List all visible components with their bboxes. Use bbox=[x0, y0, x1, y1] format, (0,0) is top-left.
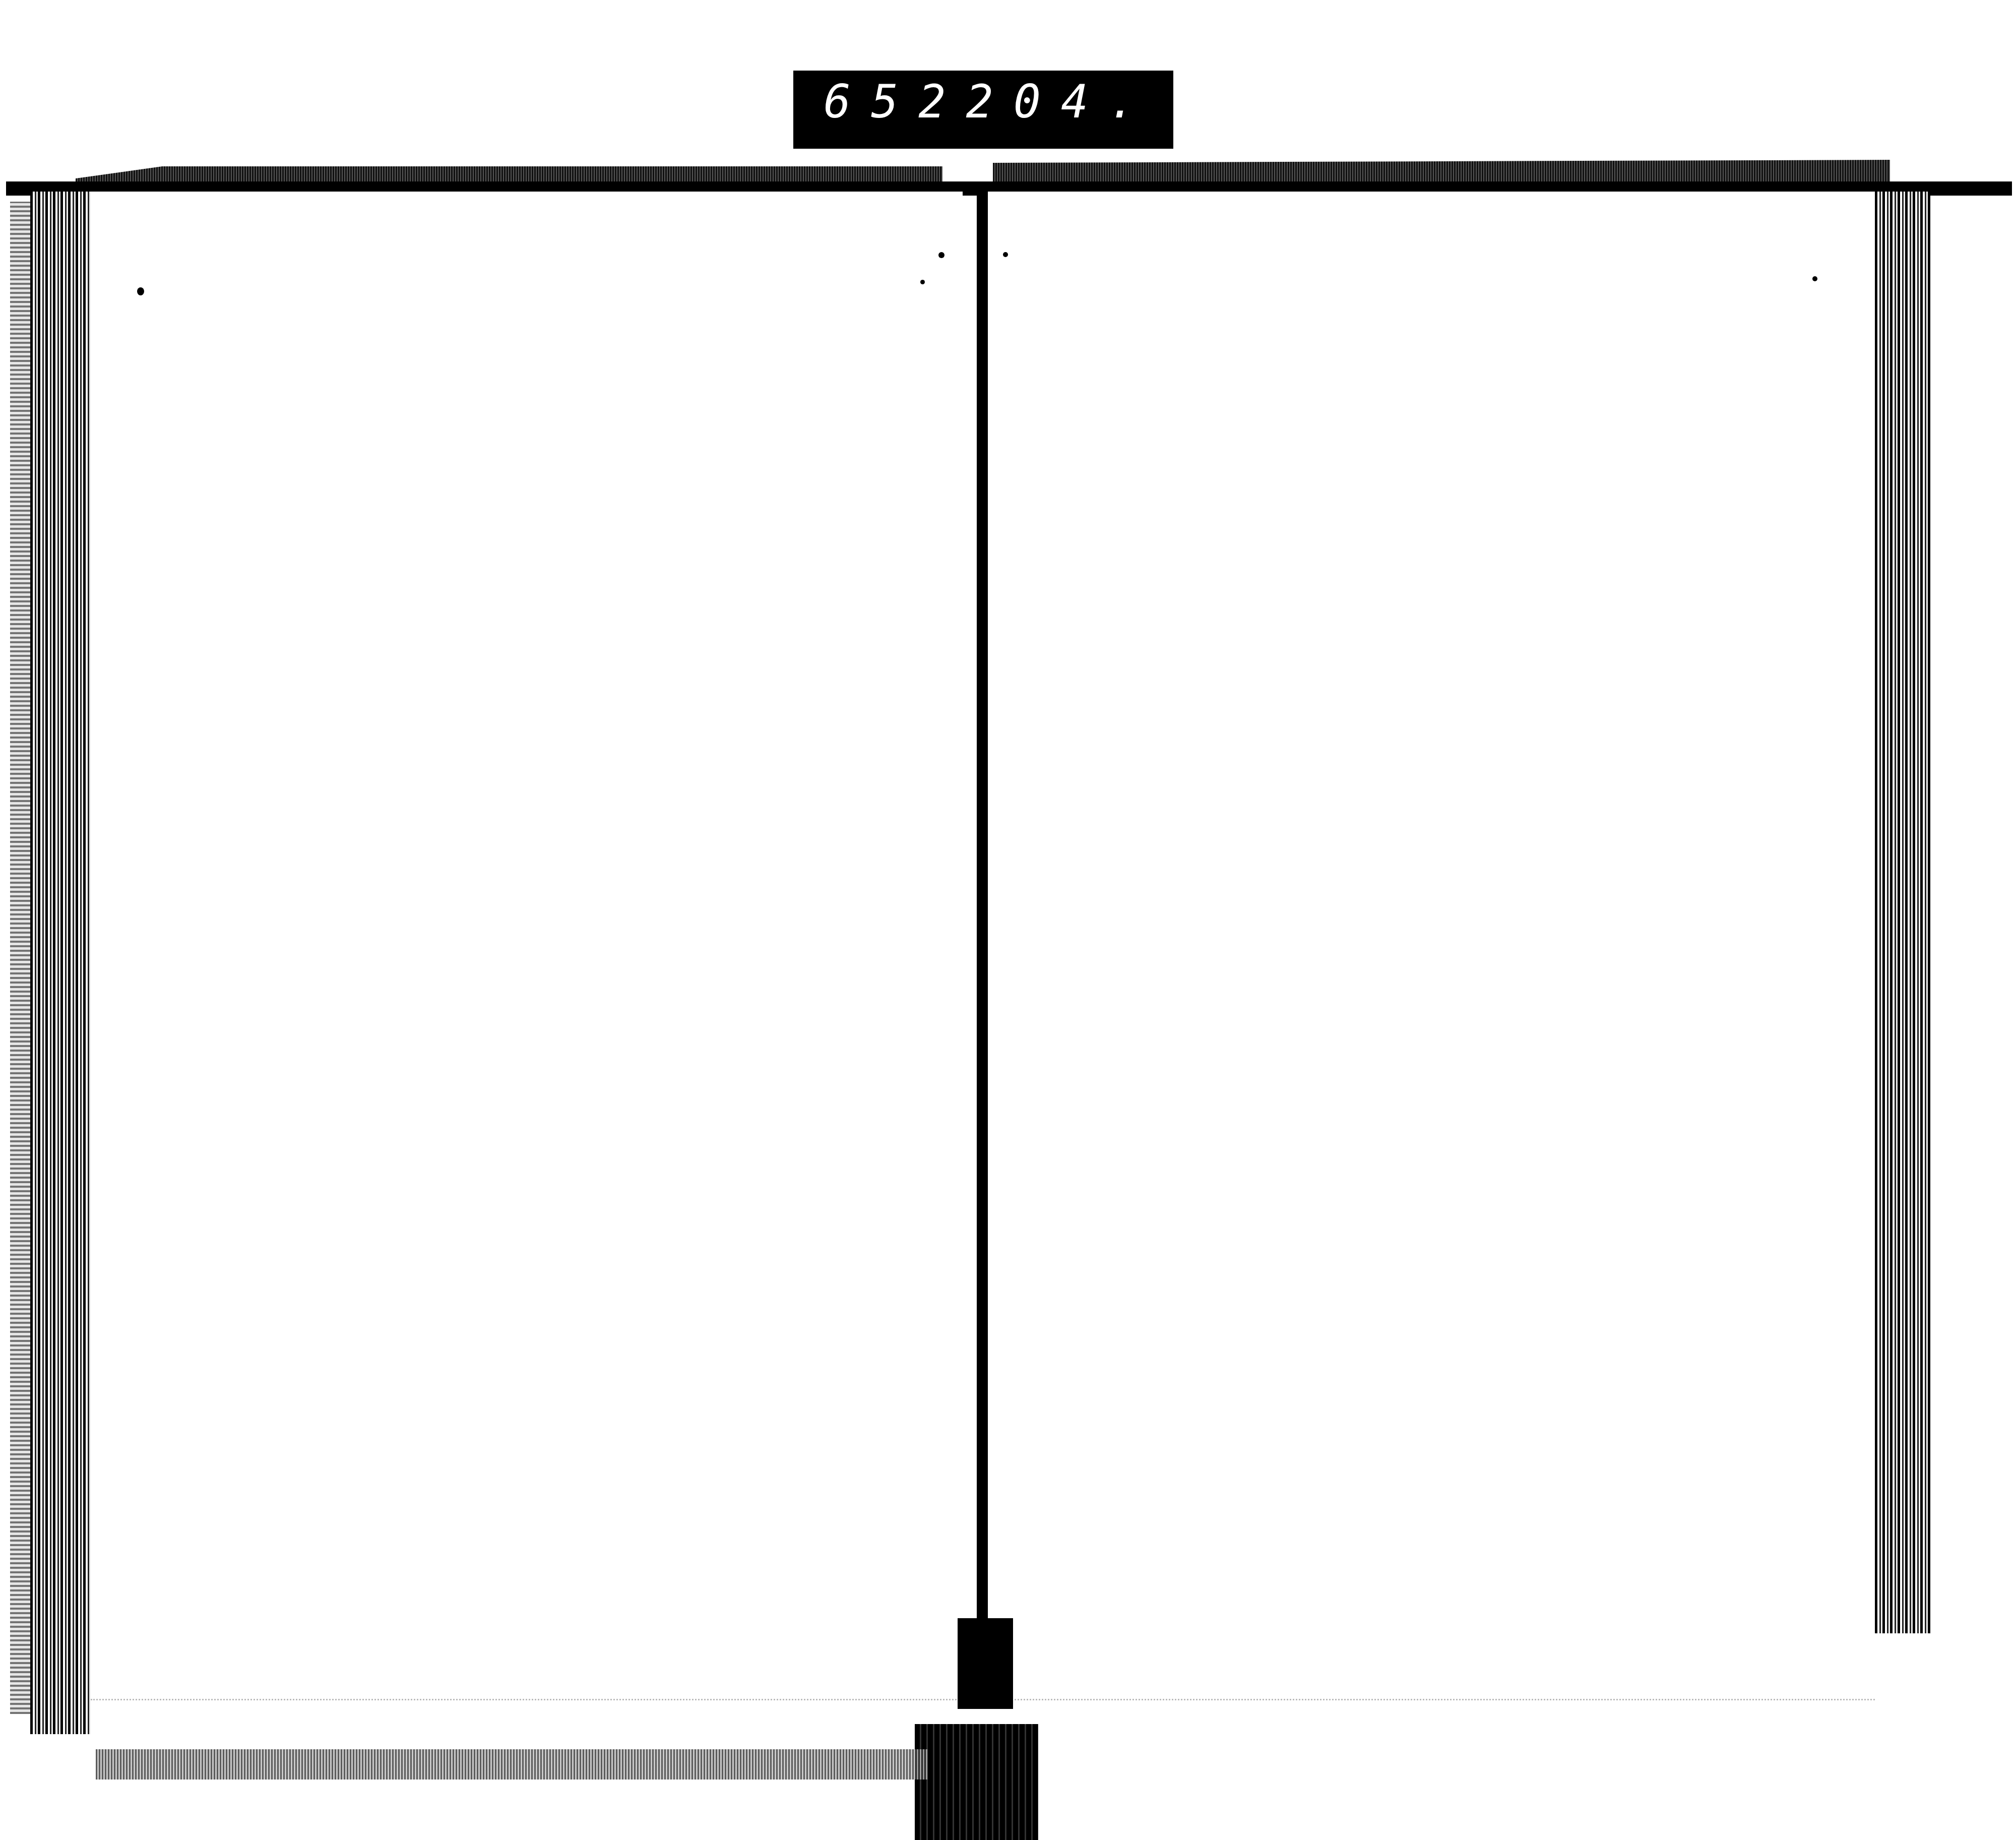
right-page-edges bbox=[1875, 192, 1930, 1633]
scan-speck bbox=[938, 252, 944, 258]
scan-speck bbox=[137, 287, 144, 295]
left-page-edges bbox=[30, 192, 91, 1734]
book-spine-gutter bbox=[977, 187, 988, 1623]
right-page bbox=[988, 192, 1875, 1700]
spine-weight-foot bbox=[915, 1724, 1038, 1840]
scan-speck bbox=[920, 280, 925, 284]
scan-speck bbox=[1003, 252, 1008, 257]
frame-counter-plate: 652 204. bbox=[790, 71, 1173, 149]
bottom-cover-edge bbox=[96, 1749, 927, 1780]
frame-number-right: 204. bbox=[966, 76, 1156, 129]
frame-number-left: 652 bbox=[824, 76, 966, 129]
top-cover-edge-right bbox=[993, 154, 1890, 184]
spine-weight-block bbox=[958, 1618, 1013, 1709]
scan-speck bbox=[1812, 276, 1817, 281]
left-page bbox=[91, 192, 963, 1700]
